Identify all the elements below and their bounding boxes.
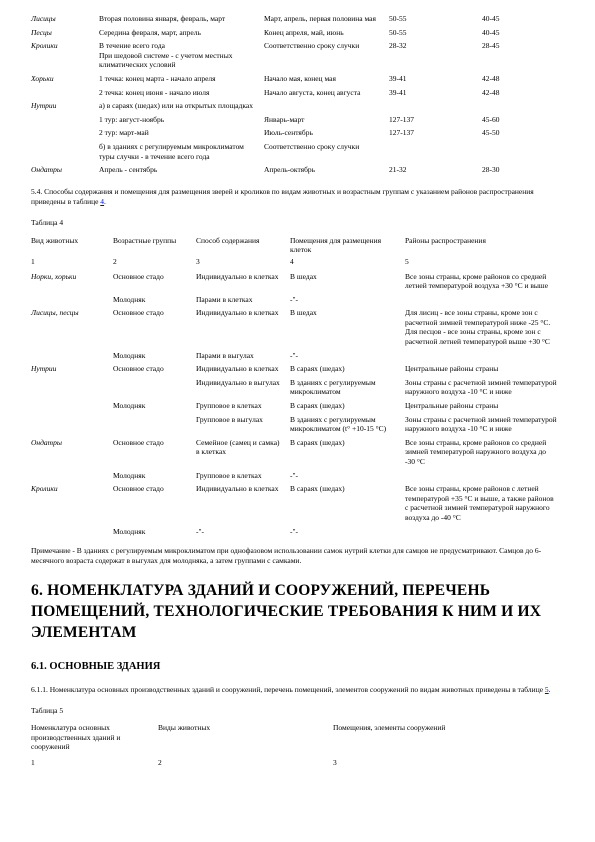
table-cell bbox=[31, 401, 113, 405]
table-row: МолоднякГрупповое в клеткахВ сараях (шед… bbox=[31, 401, 564, 415]
column-number: 2 bbox=[113, 257, 196, 272]
table-row: Индивидуально в выгулахВ зданиях с регул… bbox=[31, 378, 564, 401]
table-cell bbox=[389, 101, 482, 105]
table-5: Номенклатура основных производственных з… bbox=[31, 723, 564, 772]
table-row: ОндатрыОсновное стадоСемейное (самец и с… bbox=[31, 438, 564, 471]
table-cell: Соответственно сроку случки bbox=[264, 142, 389, 156]
table-cell: Начало августа, конец августа bbox=[264, 88, 389, 102]
table-cell: Зоны страны с расчетной зимней температу… bbox=[405, 378, 564, 401]
table-cell: Лисицы bbox=[31, 14, 99, 28]
table-cell bbox=[113, 378, 196, 382]
table-cell bbox=[31, 88, 99, 92]
table-5-column-numbers: 1 2 3 bbox=[31, 758, 564, 773]
table-row: 2 тур: март-майИюль-сентябрь127-13745-50 bbox=[31, 128, 564, 142]
table-cell: Апрель - сентябрь bbox=[99, 165, 264, 179]
table-cell: Конец апреля, май, июнь bbox=[264, 28, 389, 42]
table-cell: Индивидуально в клетках bbox=[196, 364, 290, 378]
table-cell: Молодняк bbox=[113, 471, 196, 485]
table-cell: 28-32 bbox=[389, 41, 482, 55]
table-cell: -"- bbox=[290, 527, 405, 541]
table-cell: Центральные районы страны bbox=[405, 401, 564, 415]
paragraph-6-1-1-tail: . bbox=[549, 685, 551, 694]
table-row: КроликиВ течение всего года При шедовой … bbox=[31, 41, 564, 74]
table-row: МолоднякПарами в клетках-"- bbox=[31, 295, 564, 309]
table-cell: 42-48 bbox=[482, 88, 564, 102]
table-cell: Июль-сентябрь bbox=[264, 128, 389, 142]
table-row: Лисицы, песцыОсновное стадоИндивидуально… bbox=[31, 308, 564, 350]
table-cell: Групповое в выгулах bbox=[196, 415, 290, 429]
paragraph-5-4-text: 5.4. Способы содержания и помещения для … bbox=[31, 187, 534, 206]
table-cell: Лисицы, песцы bbox=[31, 308, 113, 322]
table-cell: Все зоны страны, кроме районов со средне… bbox=[405, 438, 564, 471]
table-cell bbox=[31, 142, 99, 146]
table-4-column-numbers: 1 2 3 4 5 bbox=[31, 257, 564, 272]
table-cell: Кролики bbox=[31, 41, 99, 55]
table-row: МолоднякГрупповое в клетках-"- bbox=[31, 471, 564, 485]
table-cell: -"- bbox=[290, 351, 405, 365]
column-number: 5 bbox=[405, 257, 564, 272]
table-cell bbox=[264, 101, 389, 105]
table-cell: Все зоны страны, кроме районов с летней … bbox=[405, 484, 564, 526]
table-cell: 39-41 bbox=[389, 74, 482, 88]
table-cell: 39-41 bbox=[389, 88, 482, 102]
table-cell: -"- bbox=[196, 527, 290, 541]
table-cell: В сараях (шедах) bbox=[290, 401, 405, 415]
table-cell: Нутрии bbox=[31, 101, 99, 115]
document-page: ЛисицыВторая половина января, февраль, м… bbox=[0, 0, 595, 773]
table-4: Вид животных Возрастные группы Способ со… bbox=[31, 236, 564, 540]
table-cell: -"- bbox=[290, 295, 405, 309]
header-cell: Номенклатура основных производственных з… bbox=[31, 723, 158, 758]
table-cell: Вторая половина января, февраль, март bbox=[99, 14, 264, 28]
table-cell bbox=[31, 527, 113, 531]
table-cell: 40-45 bbox=[482, 14, 564, 28]
table-cell: Хорьки bbox=[31, 74, 99, 88]
table-cell bbox=[31, 471, 113, 475]
table-cell bbox=[31, 295, 113, 299]
table-cell bbox=[482, 101, 564, 105]
table-cell: 45-60 bbox=[482, 115, 564, 129]
table-4-label: Таблица 4 bbox=[31, 218, 564, 227]
table-cell: 42-48 bbox=[482, 74, 564, 88]
table-cell: Нутрии bbox=[31, 364, 113, 378]
header-cell: Вид животных bbox=[31, 236, 113, 248]
table-cell: Групповое в клетках bbox=[196, 401, 290, 415]
table-cell: Зоны страны с расчетной зимней температу… bbox=[405, 415, 564, 438]
table-cell bbox=[405, 295, 564, 299]
table-row: ЛисицыВторая половина января, февраль, м… bbox=[31, 14, 564, 28]
table-cell bbox=[389, 142, 482, 146]
table-cell: В шедах bbox=[290, 272, 405, 286]
table-cell: В сараях (шедах) bbox=[290, 364, 405, 378]
table-cell: Середина февраля, март, апрель bbox=[99, 28, 264, 42]
table-cell: Парами в выгулах bbox=[196, 351, 290, 365]
table-row: Нутрииа) в сараях (шедах) или на открыты… bbox=[31, 101, 564, 115]
table-cell: Основное стадо bbox=[113, 308, 196, 322]
table-cell: Центральные районы страны bbox=[405, 364, 564, 378]
table-cell bbox=[31, 115, 99, 119]
table-5-label: Таблица 5 bbox=[31, 706, 564, 715]
table-cell: В течение всего года При шедовой системе… bbox=[99, 41, 264, 74]
breeding-calendar-table-body: ЛисицыВторая половина января, февраль, м… bbox=[31, 14, 564, 179]
table-cell: Норки, хорьки bbox=[31, 272, 113, 286]
table-cell: 2 тур: март-май bbox=[99, 128, 264, 142]
table-row: 2 течка: конец июня - начало июляНачало … bbox=[31, 88, 564, 102]
table-cell: Март, апрель, первая половина мая bbox=[264, 14, 389, 28]
section-6-heading: 6. НОМЕНКЛАТУРА ЗДАНИЙ И СООРУЖЕНИЙ, ПЕР… bbox=[31, 580, 564, 643]
header-cell: Возрастные группы bbox=[113, 236, 196, 248]
table-cell: Песцы bbox=[31, 28, 99, 42]
table-4-note: Примечание - В зданиях с регулируемым ми… bbox=[31, 546, 564, 566]
table-cell: Семейное (самец и самка) в клетках bbox=[196, 438, 290, 461]
table-cell: 2 течка: конец июня - начало июля bbox=[99, 88, 264, 102]
section-6-1-heading: 6.1. ОСНОВНЫЕ ЗДАНИЯ bbox=[31, 660, 564, 673]
table-cell: В сараях (шедах) bbox=[290, 438, 405, 452]
table-row: 1 тур: август-ноябрьЯнварь-март127-13745… bbox=[31, 115, 564, 129]
header-cell: Помещения, элементы сооружений bbox=[333, 723, 564, 739]
column-number: 4 bbox=[290, 257, 405, 272]
table-cell: а) в сараях (шедах) или на открытых площ… bbox=[99, 101, 264, 115]
header-cell: Способ содержания bbox=[196, 236, 290, 248]
table-cell: В сараях (шедах) bbox=[290, 484, 405, 498]
table-cell: В шедах bbox=[290, 308, 405, 322]
table-cell: Основное стадо bbox=[113, 272, 196, 286]
table-5-header: Номенклатура основных производственных з… bbox=[31, 723, 564, 758]
paragraph-6-1-1-text: 6.1.1. Номенклатура основных производств… bbox=[31, 685, 545, 694]
table-cell: Для лисиц - все зоны страны, кроме зон с… bbox=[405, 308, 564, 350]
table-cell: Индивидуально в выгулах bbox=[196, 378, 290, 392]
table-cell: Ондатры bbox=[31, 438, 113, 452]
table-cell: Индивидуально в клетках bbox=[196, 272, 290, 286]
table-cell: Парами в клетках bbox=[196, 295, 290, 309]
table-cell bbox=[31, 128, 99, 132]
table-cell: Основное стадо bbox=[113, 484, 196, 498]
header-cell: Виды животных bbox=[158, 723, 333, 739]
column-number: 3 bbox=[196, 257, 290, 272]
paragraph-5-4: 5.4. Способы содержания и помещения для … bbox=[31, 187, 564, 207]
table-cell: б) в зданиях с регулируемым микроклимато… bbox=[99, 142, 264, 165]
table-cell: Все зоны страны, кроме районов со средне… bbox=[405, 272, 564, 295]
table-cell bbox=[113, 415, 196, 419]
breeding-calendar-table: ЛисицыВторая половина января, февраль, м… bbox=[31, 14, 564, 179]
table-cell: Молодняк bbox=[113, 527, 196, 541]
table-cell: 1 течка: конец марта - начало апреля bbox=[99, 74, 264, 88]
table-cell: Апрель-октябрь bbox=[264, 165, 389, 179]
table-cell: В зданиях с регулируемым микроклиматом (… bbox=[290, 415, 405, 438]
table-cell: Основное стадо bbox=[113, 364, 196, 378]
table-cell: Молодняк bbox=[113, 295, 196, 309]
column-number: 3 bbox=[333, 758, 564, 773]
table-row: Хорьки1 течка: конец марта - начало апре… bbox=[31, 74, 564, 88]
table-cell bbox=[405, 527, 564, 531]
table-cell bbox=[405, 471, 564, 475]
table-cell: Соответственно сроку случки bbox=[264, 41, 389, 55]
table-cell: 1 тур: август-ноябрь bbox=[99, 115, 264, 129]
column-number: 1 bbox=[31, 257, 113, 272]
table-cell bbox=[482, 142, 564, 146]
table-row: МолоднякПарами в выгулах-"- bbox=[31, 351, 564, 365]
table-row: ОндатрыАпрель - сентябрьАпрель-октябрь21… bbox=[31, 165, 564, 179]
table-cell: Начало мая, конец мая bbox=[264, 74, 389, 88]
column-number: 1 bbox=[31, 758, 158, 773]
table-cell: Молодняк bbox=[113, 401, 196, 415]
table-cell: Ондатры bbox=[31, 165, 99, 179]
table-cell: Молодняк bbox=[113, 351, 196, 365]
paragraph-5-4-tail: . bbox=[104, 197, 106, 206]
table-cell bbox=[405, 351, 564, 355]
header-cell: Районы распространения bbox=[405, 236, 564, 248]
table-row: КроликиОсновное стадоИндивидуально в кле… bbox=[31, 484, 564, 526]
table-cell: 50-55 bbox=[389, 28, 482, 42]
table-cell: Индивидуально в клетках bbox=[196, 484, 290, 498]
table-cell: Групповое в клетках bbox=[196, 471, 290, 485]
table-row: ПесцыСередина февраля, март, апрельКонец… bbox=[31, 28, 564, 42]
table-row: б) в зданиях с регулируемым микроклимато… bbox=[31, 142, 564, 165]
table-row: Групповое в выгулахВ зданиях с регулируе… bbox=[31, 415, 564, 438]
table-cell: Основное стадо bbox=[113, 438, 196, 452]
table-cell: 50-55 bbox=[389, 14, 482, 28]
table-cell: 21-32 bbox=[389, 165, 482, 179]
table-row: Норки, хорькиОсновное стадоИндивидуально… bbox=[31, 272, 564, 295]
table-cell bbox=[31, 378, 113, 382]
paragraph-6-1-1: 6.1.1. Номенклатура основных производств… bbox=[31, 685, 564, 695]
table-cell: 28-30 bbox=[482, 165, 564, 179]
table-cell: Индивидуально в клетках bbox=[196, 308, 290, 322]
table-cell: 28-45 bbox=[482, 41, 564, 55]
table-cell: 127-137 bbox=[389, 115, 482, 129]
table-row: НутрииОсновное стадоИндивидуально в клет… bbox=[31, 364, 564, 378]
table-cell: -"- bbox=[290, 471, 405, 485]
header-cell: Помещения для размещения клеток bbox=[290, 236, 405, 257]
table-cell: Кролики bbox=[31, 484, 113, 498]
table-cell: 45-50 bbox=[482, 128, 564, 142]
table-cell: 127-137 bbox=[389, 128, 482, 142]
table-4-header: Вид животных Возрастные группы Способ со… bbox=[31, 236, 564, 257]
table-cell: 40-45 bbox=[482, 28, 564, 42]
table-cell bbox=[31, 415, 113, 419]
table-row: Молодняк-"--"- bbox=[31, 527, 564, 541]
table-cell bbox=[31, 351, 113, 355]
column-number: 2 bbox=[158, 758, 333, 773]
table-4-body: Норки, хорькиОсновное стадоИндивидуально… bbox=[31, 272, 564, 541]
table-cell: Январь-март bbox=[264, 115, 389, 129]
table-cell: В зданиях с регулируемым микроклиматом bbox=[290, 378, 405, 401]
